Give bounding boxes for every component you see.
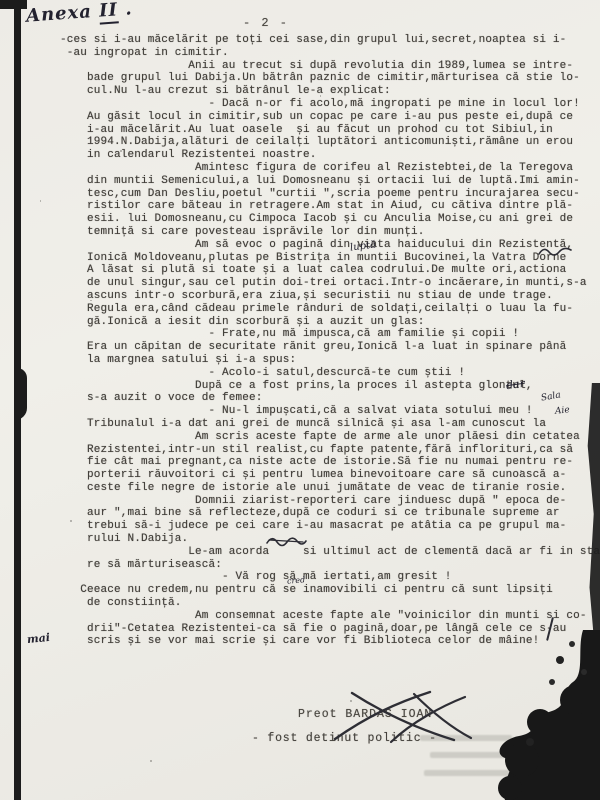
handwritten-note-aie: Aie [555, 405, 571, 416]
text-line: Ceeace nu credem,nu pentru că se inamovi… [60, 584, 600, 597]
text-line: Era un căpitan de securitate rănit greu,… [60, 341, 600, 354]
text-line: tesc,cum Dan Desliu,poetul "curtii ",scr… [60, 188, 600, 201]
text-line: aur ",mai bine să reflecteze,după ce cod… [60, 507, 600, 520]
text-line: Amintesc figura de corifeu al Rezistebte… [60, 162, 600, 175]
text-line: Tribunalul i-a dat ani grei de muncă sil… [60, 418, 600, 431]
text-line: - Dacă n-or fi acolo,mă ingropati pe min… [60, 98, 600, 111]
signature-role: - fost detinut politic - [252, 732, 437, 745]
text-line: rului N.Dabija. [60, 533, 600, 546]
text-line: s-a auzit o voce de femee: [60, 392, 600, 405]
annex-word: Anexa [25, 1, 92, 27]
text-line: Ionică Moldoveanu,plutas pe Bistrița in … [60, 252, 600, 265]
annex-number: II [98, 0, 118, 25]
text-line: de constiință. [60, 597, 600, 610]
signature-name: Preot BARDAS IOAN [298, 708, 432, 721]
handwritten-annex-label: Anexa II . [25, 0, 133, 27]
text-line: ristilor care băteau in retragere.Am sta… [60, 200, 600, 213]
text-line: Am să evoc o pagină din viata haiducului… [60, 239, 600, 252]
text-line: in calendarul Rezistentei noastre. [60, 149, 600, 162]
text-line: - Nu-l impușcati,că a salvat viata sotul… [60, 405, 600, 418]
handwritten-note-dar-struck: dar [505, 377, 525, 392]
typewritten-body: -ces si i-au măcelărit pe toți cei sase,… [60, 34, 600, 648]
scan-speck [150, 760, 152, 762]
text-line: ascuns intr-o scorbură,era ziua,și secur… [60, 290, 600, 303]
text-line: temniță si care povesteau isprăvile lor … [60, 226, 600, 239]
text-line: A lăsat si plută si toate și a luat cale… [60, 264, 600, 277]
text-line: bade grupul lui Dabija.Un bătrân paznic … [60, 72, 600, 85]
scan-edge-artifact-top [0, 0, 27, 9]
text-line: -ces si i-au măcelărit pe toți cei sase,… [60, 34, 600, 47]
text-line: cul.Nu l-au crezut si bătrânul le-a expl… [60, 85, 600, 98]
ink-squiggle-mark [538, 246, 574, 260]
text-line: Rezistentei,intr-un stil realist,cu fapt… [60, 444, 600, 457]
text-line: fie cât mai pregnant,ca niste acte de is… [60, 456, 600, 469]
text-line: Regula era,când cădeau primele rânduri d… [60, 303, 600, 316]
text-line: la margnea satului și i-a spus: [60, 354, 600, 367]
text-line: gă.Ionică a iesit din scorbură și a auzi… [60, 316, 600, 329]
scanned-document-page: Anexa II . - 2 - -ces si i-au măcelărit … [0, 0, 600, 800]
text-line: Am scris aceste fapte de arme ale unor p… [60, 431, 600, 444]
text-line: Anii au trecut si după revolutia din 198… [60, 60, 600, 73]
text-line: Au găsit locul in cimitir,sub un copac p… [60, 111, 600, 124]
text-line: trebui să-i judece pe cei care i-au masa… [60, 520, 600, 533]
handwritten-note-cred: cred [287, 575, 306, 586]
text-line: Domnii ziarist-reporteri care jinduesc d… [60, 495, 600, 508]
text-line: porterii răuvoitori ci și pentru lumea b… [60, 469, 600, 482]
scan-blob-artifact [460, 630, 600, 800]
text-line: 1994.N.Dabija,alături de ceilalți luptăt… [60, 136, 600, 149]
text-line: i-au măcelărit.Au luat oasele și au făcu… [60, 124, 600, 137]
text-line: ceste file negre de istorie ale unui jum… [60, 482, 600, 495]
text-line: Am consemnat aceste fapte ale "voinicilo… [60, 610, 600, 623]
annex-period: . [117, 0, 133, 20]
scan-speck [350, 700, 352, 702]
ink-scribble-strikeout [266, 534, 308, 548]
text-line: Le-am acorda si ultimul act de clementă … [60, 546, 600, 559]
text-line: din muntii Semenicului,a lui Domosneanu … [60, 175, 600, 188]
page-number: - 2 - [243, 16, 289, 30]
text-line: - Frate,nu mă impusca,că am familie și c… [60, 328, 600, 341]
text-line: -au ingropat in cimitir. [60, 47, 600, 60]
scan-speck [40, 200, 41, 202]
text-line: de unul singur,sau cel putin doi-trei or… [60, 277, 600, 290]
text-line: esii. lui Domosneanu,cu Cimpoca Iacob și… [60, 213, 600, 226]
text-line: - Vă rog să mă iertati,am gresit ! [60, 571, 600, 584]
scan-edge-artifact-left-bump [14, 368, 27, 420]
text-line: re să mărturisească: [60, 559, 600, 572]
handwritten-note-mai: mai [26, 631, 50, 646]
